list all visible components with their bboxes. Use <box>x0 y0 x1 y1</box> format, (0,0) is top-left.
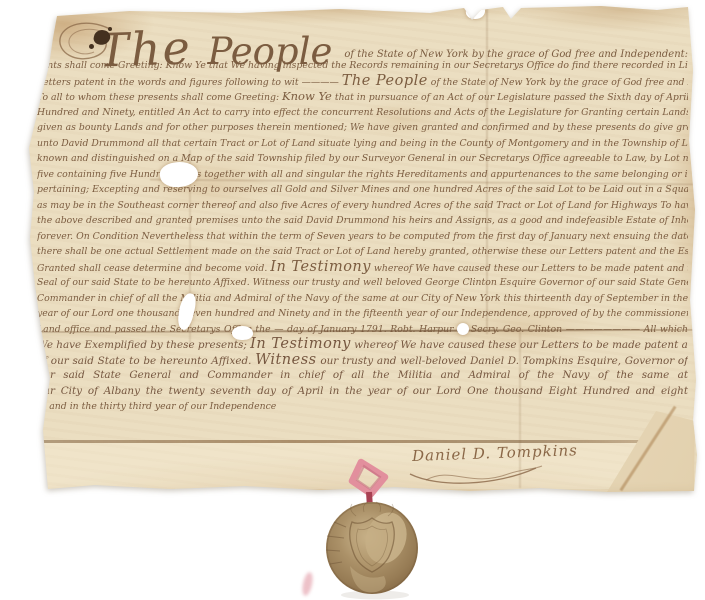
manuscript-text-segment: Know Ye <box>282 89 332 103</box>
manuscript-text-segment: forever. On Condition Nevertheless that … <box>37 231 688 242</box>
manuscript-text-segment: In Testimony <box>270 260 371 275</box>
fold-crease-vertical-lower <box>519 332 521 488</box>
manuscript-text-segment: Commander in chief of all the Militia an… <box>37 293 688 304</box>
manuscript-line: We have Exemplified by these presents; I… <box>37 337 688 353</box>
manuscript-text-segment: of the State of New York by the grace of… <box>428 77 688 88</box>
manuscript-line: pertaining; Excepting and reserving to o… <box>37 182 688 198</box>
manuscript-text-segment: Witness <box>255 353 316 368</box>
manuscript-line: To all to whom these presents shall come… <box>37 89 688 105</box>
manuscript-line: five containing five Hundred Acres toget… <box>37 167 688 183</box>
seal-ribbon <box>352 462 385 508</box>
manuscript-line: unto David Drummond all that certain Tra… <box>37 136 688 152</box>
signature-text: Daniel D. Tompkins <box>412 441 583 465</box>
manuscript-text-segment: Letters patent in the words and figures … <box>37 77 342 88</box>
manuscript-text-segment: Hundred and Ninety, entitled An Act to c… <box>37 107 688 118</box>
manuscript-text-segment: our said State General and Commander in … <box>37 369 688 381</box>
manuscript-text-segment: the above described and granted premises… <box>37 215 688 226</box>
manuscript-line: — and in the thirty third year of our In… <box>37 399 688 415</box>
manuscript-text-segment: that in pursuance of an Act of our Legis… <box>332 92 688 103</box>
parchment-tear-hole <box>158 159 199 189</box>
fold-crease-vertical-left <box>189 150 191 345</box>
photograph-background: The People of the State of New York by t… <box>0 0 705 600</box>
manuscript-line: our City of Albany the twenty seventh da… <box>37 384 688 400</box>
parchment-tear-hole <box>456 322 470 336</box>
manuscript-line: there shall be one actual Settlement mad… <box>37 244 688 260</box>
ink-blot-speck <box>89 44 94 49</box>
manuscript-text-segment: pertaining; Excepting and reserving to o… <box>37 184 688 195</box>
parchment: The People of the State of New York by t… <box>0 0 705 497</box>
manuscript-text-segment: year of our Lord one thousand Seven hund… <box>37 308 688 319</box>
ink-blot <box>92 28 111 47</box>
parchment-tear-hole <box>231 325 253 341</box>
folded-corner <box>0 0 705 497</box>
manuscript-line: our said State General and Commander in … <box>37 368 688 384</box>
manuscript-line: year of our Lord one thousand Seven hund… <box>37 306 688 322</box>
manuscript-line: forever. On Condition Nevertheless that … <box>37 229 688 245</box>
parchment-edge-notch <box>465 2 486 20</box>
heading-continuation: of the State of New York by the grace of… <box>344 49 688 65</box>
manuscript-text-segment: Seal of our said State to be hereunto Af… <box>37 277 688 288</box>
pendant-seal-assembly <box>320 438 430 600</box>
manuscript-text-segment: Granted shall cease determine and become… <box>37 263 270 274</box>
manuscript-text-segment: five containing five Hundred Acres toget… <box>37 169 688 180</box>
manuscript-line: of our said State to be hereunto Affixed… <box>37 353 688 369</box>
fold-crease-horizontal-middle <box>25 329 697 334</box>
manuscript-text-segment: We have Exemplified by these presents; <box>37 339 250 351</box>
manuscript-text-segment: To all to whom these presents shall come… <box>37 92 282 103</box>
manuscript-text-segment: given as bounty Lands and for other purp… <box>37 122 688 133</box>
parchment-tear-hole <box>175 292 198 331</box>
manuscript-line: Granted shall cease determine and become… <box>37 260 688 276</box>
manuscript-line: Commander in chief of all the Militia an… <box>37 291 688 307</box>
manuscript-text-segment: Land office and passed the Secretarys Of… <box>37 324 688 335</box>
manuscript-text-segment: whereof We have caused these our Letters… <box>351 339 688 351</box>
manuscript-line: Land office and passed the Secretarys Of… <box>37 322 688 338</box>
manuscript-text-segment: The People <box>342 74 428 89</box>
manuscript-text-segment: of our said State to be hereunto Affixed… <box>37 355 255 367</box>
manuscript-body: sents shall come Greeting: Know Ye that … <box>37 58 688 415</box>
manuscript-text-segment: whereof We have caused these our Letters… <box>371 263 688 274</box>
governor-signature: Daniel D. Tompkins <box>412 444 582 462</box>
manuscript-text-segment: known and distinguished on a Map of the … <box>37 153 688 164</box>
manuscript-line: sents shall come Greeting: Know Ye that … <box>37 58 688 74</box>
document-heading: The People of the State of New York by t… <box>56 15 688 65</box>
folded-corner-crease <box>620 406 677 492</box>
manuscript-text-segment: sents shall come Greeting: Know Ye that … <box>37 60 688 71</box>
manuscript-text-segment: as may be in the Southeast corner thereo… <box>37 200 688 211</box>
manuscript-line: Hundred and Ninety, entitled An Act to c… <box>37 105 688 121</box>
manuscript-line: given as bounty Lands and for other purp… <box>37 120 688 136</box>
manuscript-text-segment: In Testimony <box>250 337 351 352</box>
heading-word-people: People <box>208 35 333 68</box>
manuscript-text-segment: — and in the thirty third year of our In… <box>37 401 276 412</box>
manuscript-line: known and distinguished on a Map of the … <box>37 151 688 167</box>
wax-seal <box>326 502 418 600</box>
manuscript-text-segment: unto David Drummond all that certain Tra… <box>37 138 688 149</box>
ink-blot-speck <box>108 27 112 31</box>
heading-word-the: The <box>97 27 192 72</box>
fold-crease-horizontal-upper <box>150 179 695 185</box>
manuscript-line: the above described and granted premises… <box>37 213 688 229</box>
manuscript-text-segment: our City of Albany the twenty seventh da… <box>37 385 688 397</box>
manuscript-text-segment: our trusty and well-beloved Daniel D. To… <box>317 355 688 367</box>
manuscript-line: as may be in the Southeast corner thereo… <box>37 198 688 214</box>
manuscript-text-segment: there shall be one actual Settlement mad… <box>37 246 688 257</box>
fold-crease-vertical-right <box>486 4 488 334</box>
manuscript-line: Seal of our said State to be hereunto Af… <box>37 275 688 291</box>
calligraphic-flourish-icon <box>56 19 114 65</box>
manuscript-line: Letters patent in the words and figures … <box>37 74 688 90</box>
